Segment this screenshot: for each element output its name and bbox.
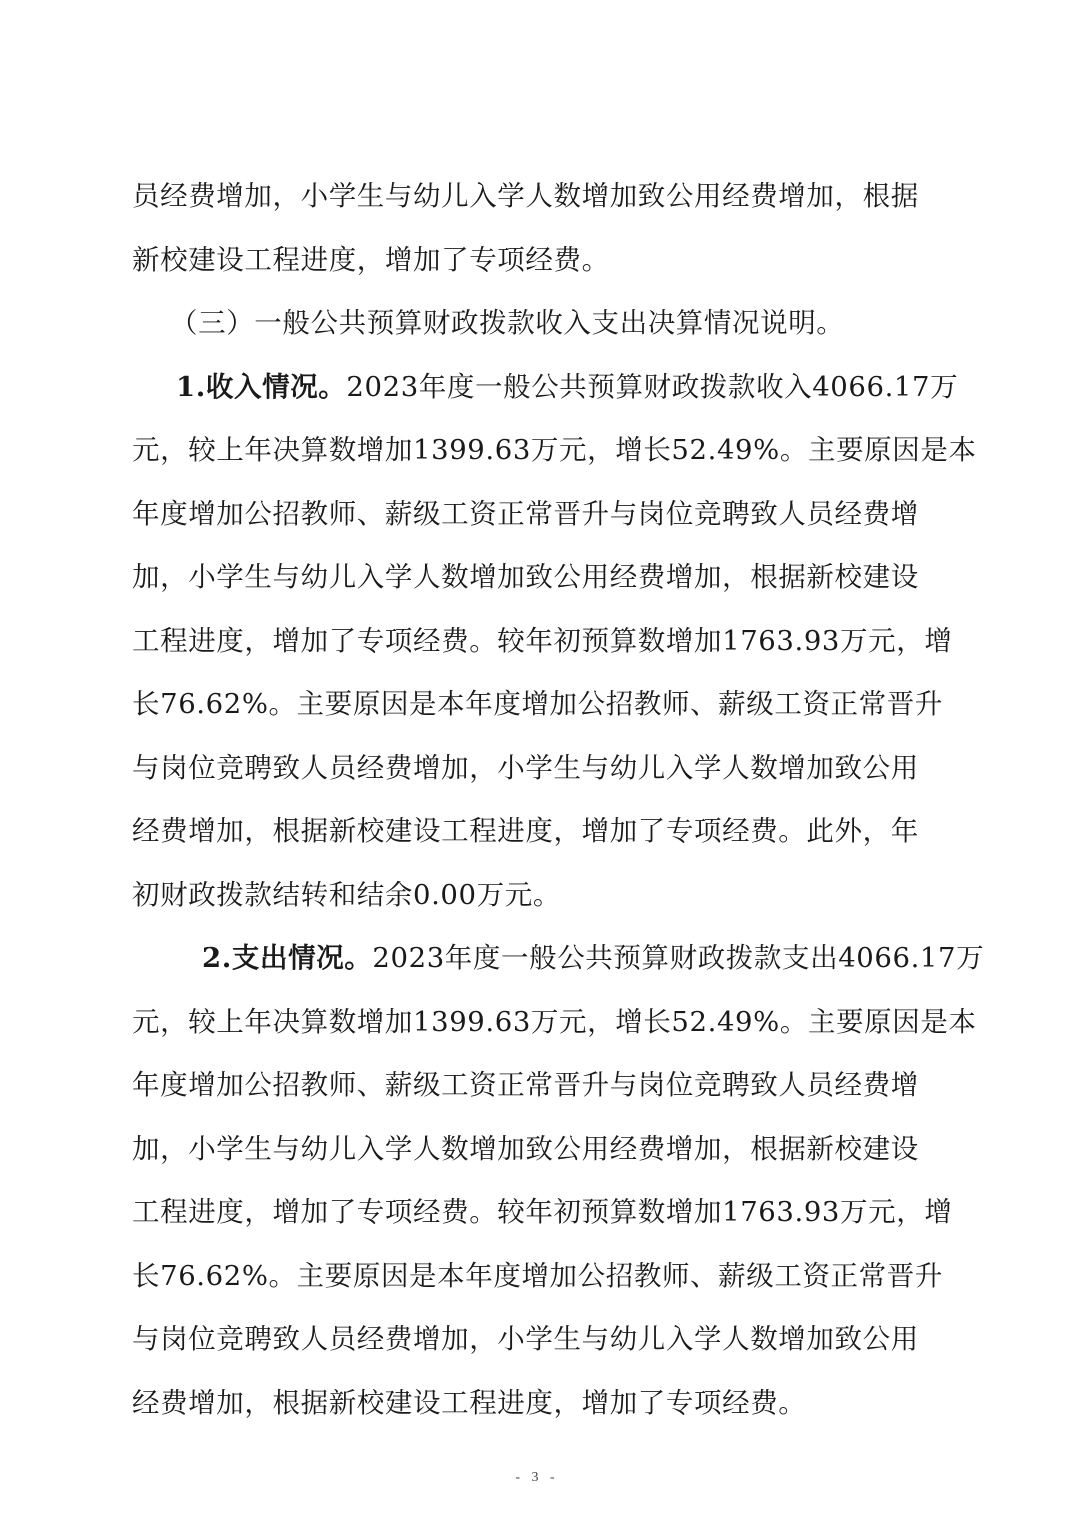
document-body: 员经费增加，小学生与幼儿入学人数增加致公用经费增加，根据 新校建设工程进度，增加…	[132, 168, 944, 1438]
income-line: 元，较上年决算数增加1399.63万元，增长52.49%。主要原因是本	[132, 422, 944, 486]
income-line: 初财政拨款结转和结余0.00万元。	[132, 867, 944, 931]
income-line: 年度增加公招教师、薪级工资正常晋升与岗位竞聘致人员经费增	[132, 486, 944, 550]
page-number: - 3 -	[0, 1470, 1074, 1486]
expenditure-paragraph: 2.支出情况。2023年度一般公共预算财政拨款支出4066.17万 元，较上年决…	[132, 930, 944, 1438]
income-line: 加，小学生与幼儿入学人数增加致公用经费增加，根据新校建设	[132, 549, 944, 613]
expenditure-line: 经费增加，根据新校建设工程进度，增加了专项经费。	[132, 1375, 944, 1439]
expenditure-line: 年度增加公招教师、薪级工资正常晋升与岗位竞聘致人员经费增	[132, 1057, 944, 1121]
expenditure-lead-label: 2.支出情况。	[202, 942, 372, 974]
income-line: 工程进度，增加了专项经费。较年初预算数增加1763.93万元，增	[132, 613, 944, 677]
income-paragraph: 1.收入情况。2023年度一般公共预算财政拨款收入4066.17万 元，较上年决…	[132, 359, 944, 931]
income-lead-label: 1.收入情况。	[176, 371, 346, 403]
expenditure-first-line: 2.支出情况。2023年度一般公共预算财政拨款支出4066.17万	[132, 930, 944, 994]
expenditure-line: 与岗位竞聘致人员经费增加，小学生与幼儿入学人数增加致公用	[132, 1311, 944, 1375]
expenditure-line: 元，较上年决算数增加1399.63万元，增长52.49%。主要原因是本	[132, 994, 944, 1058]
income-line: 与岗位竞聘致人员经费增加，小学生与幼儿入学人数增加致公用	[132, 740, 944, 804]
expenditure-line: 长76.62%。主要原因是本年度增加公招教师、薪级工资正常晋升	[132, 1248, 944, 1312]
income-line: 长76.62%。主要原因是本年度增加公招教师、薪级工资正常晋升	[132, 676, 944, 740]
expenditure-text: 2023年度一般公共预算财政拨款支出4066.17万	[372, 942, 984, 974]
income-first-line: 1.收入情况。2023年度一般公共预算财政拨款收入4066.17万	[132, 359, 944, 423]
section-heading: （三）一般公共预算财政拨款收入支出决算情况说明。	[132, 295, 944, 359]
income-text: 2023年度一般公共预算财政拨款收入4066.17万	[346, 371, 958, 403]
expenditure-line: 工程进度，增加了专项经费。较年初预算数增加1763.93万元，增	[132, 1184, 944, 1248]
income-line: 经费增加，根据新校建设工程进度，增加了专项经费。此外，年	[132, 803, 944, 867]
document-page: 员经费增加，小学生与幼儿入学人数增加致公用经费增加，根据 新校建设工程进度，增加…	[0, 0, 1074, 1520]
paragraph-continuation-line: 新校建设工程进度，增加了专项经费。	[132, 232, 944, 296]
expenditure-line: 加，小学生与幼儿入学人数增加致公用经费增加，根据新校建设	[132, 1121, 944, 1185]
paragraph-continuation-line: 员经费增加，小学生与幼儿入学人数增加致公用经费增加，根据	[132, 168, 944, 232]
